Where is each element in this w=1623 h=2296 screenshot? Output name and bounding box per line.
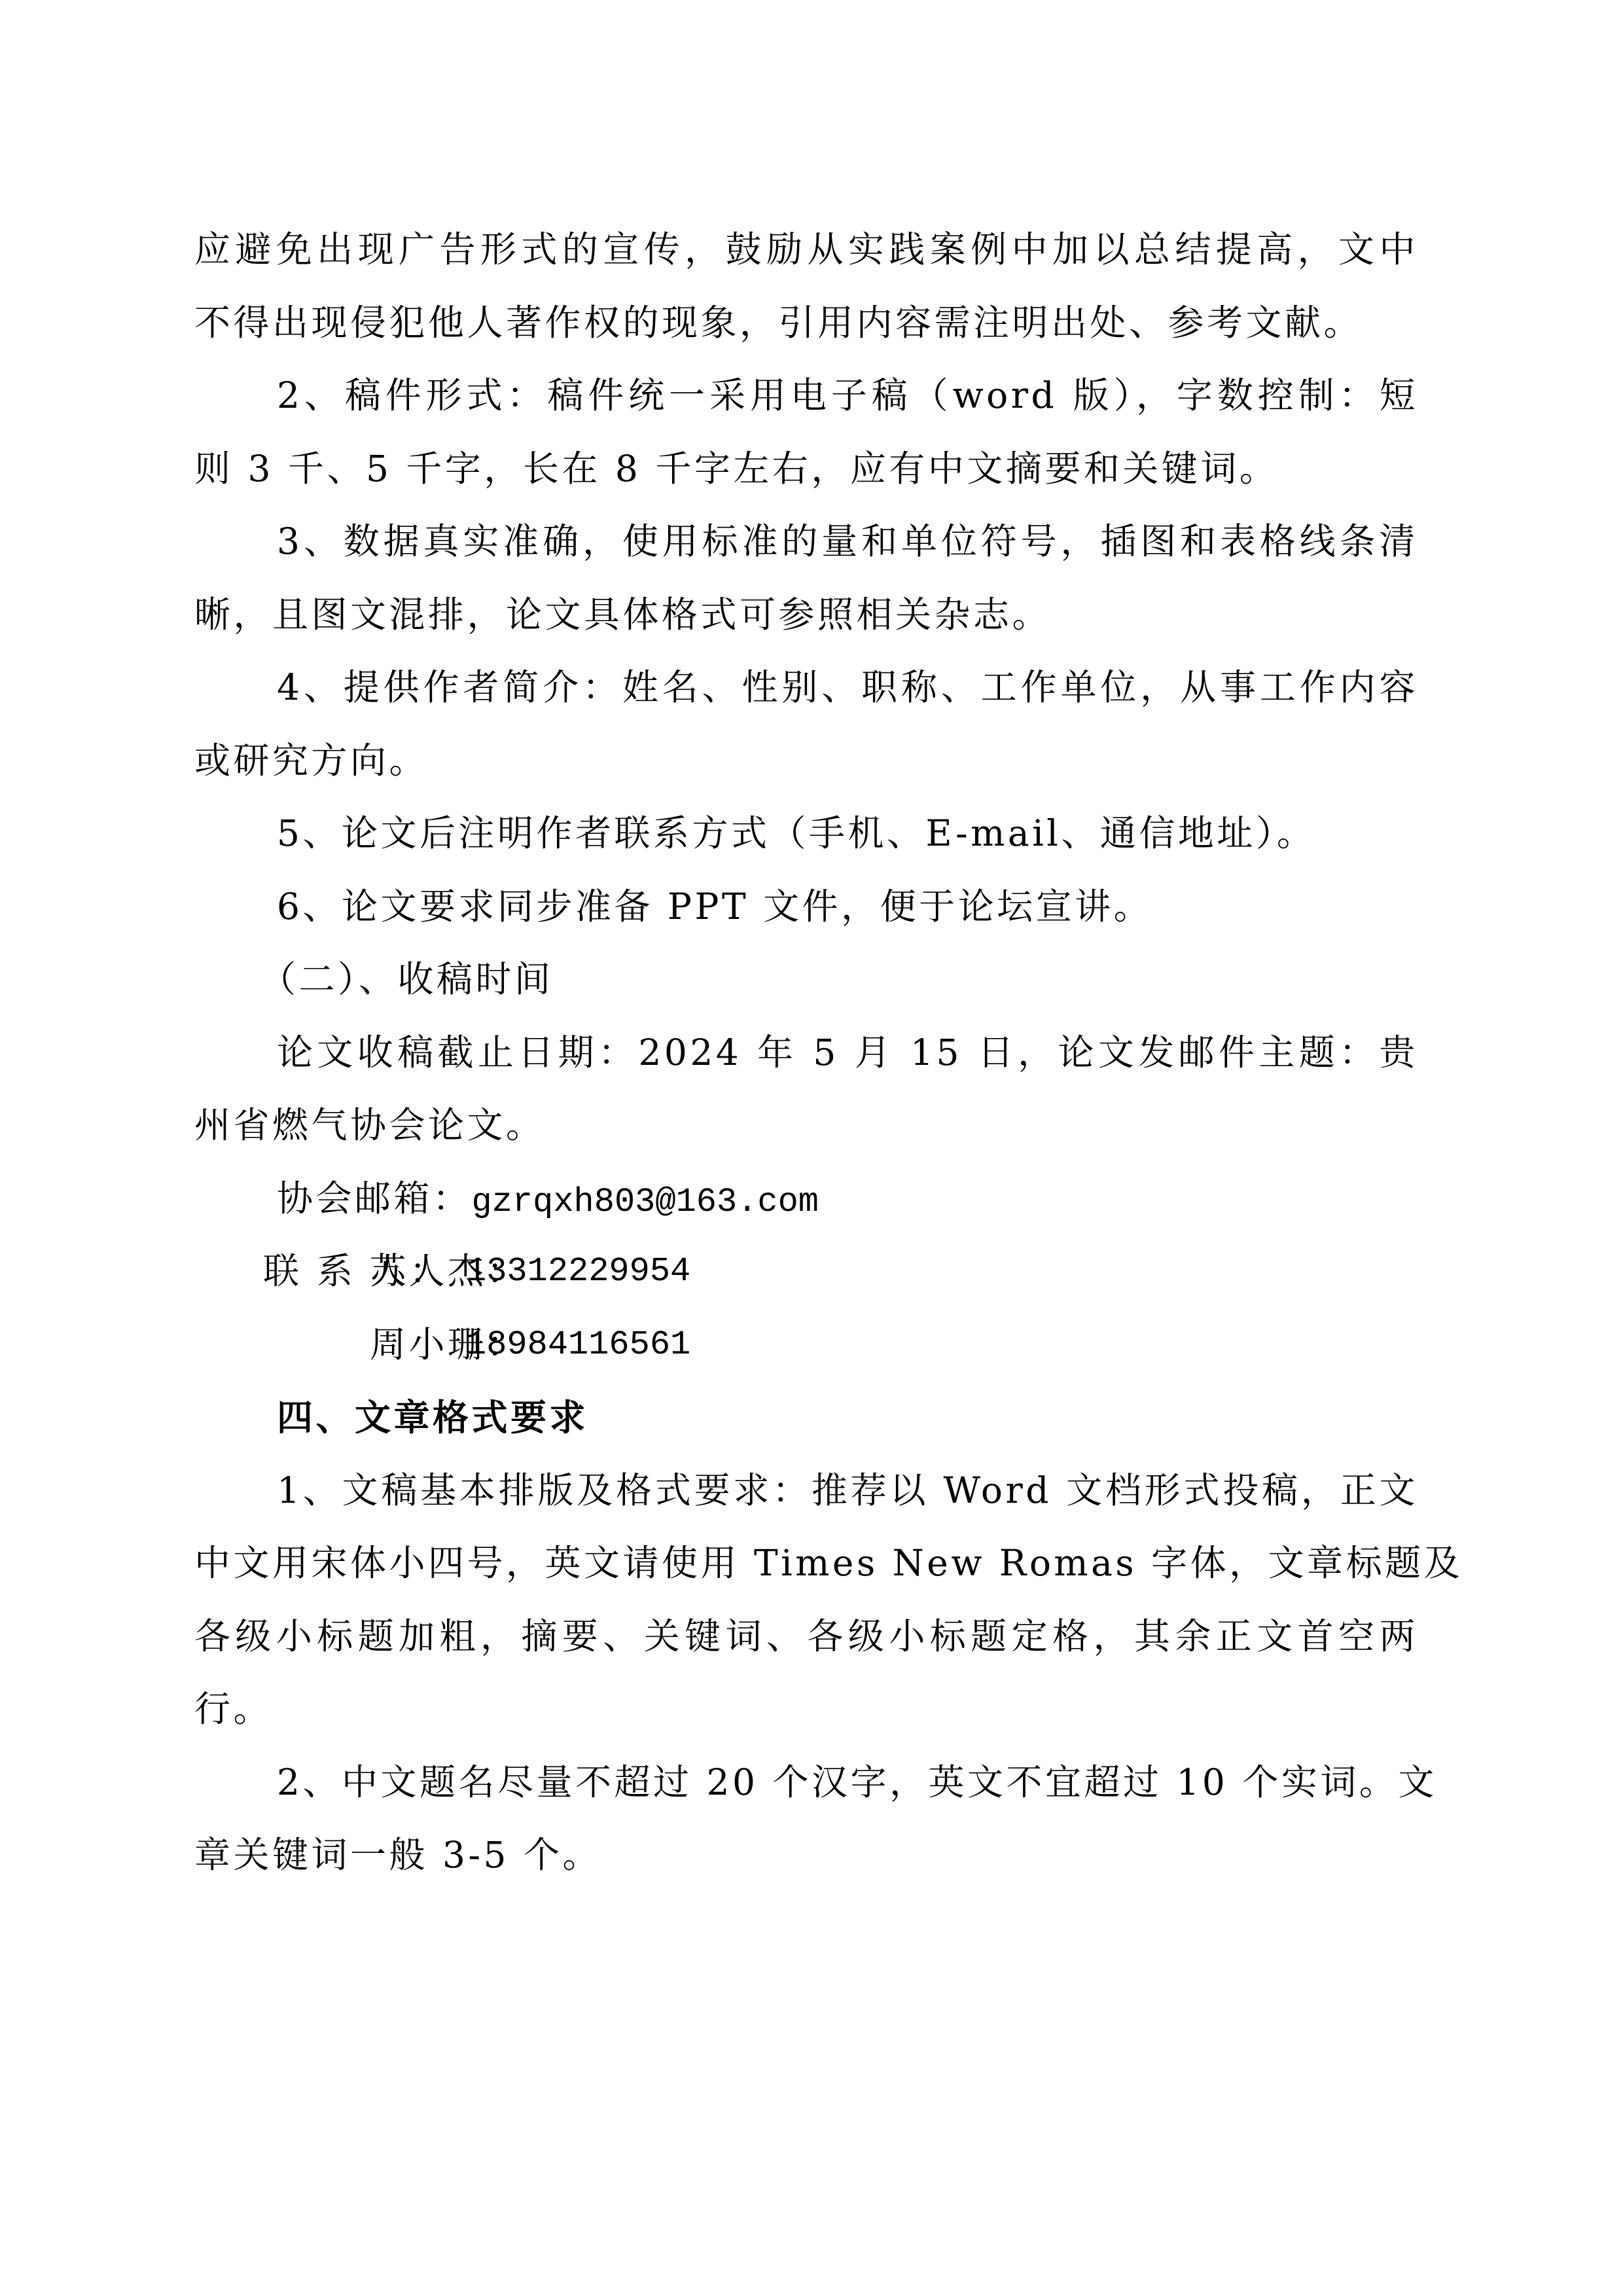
requirement-2-line1: 2、稿件形式：稿件统一采用电子稿（word 版），字数控制：短 [194,359,1418,433]
requirement-4-line2: 或研究方向。 [194,725,1418,798]
format-item1-line2: 中文用宋体小四号，英文请使用 Times New Romas 字体，文章标题及 [194,1527,1418,1600]
format-item1-line4: 行。 [194,1673,1418,1746]
format-item1-line1: 1、文稿基本排版及格式要求：推荐以 Word 文档形式投稿，正文 [194,1454,1418,1528]
email-label: 协会邮箱： [277,1177,472,1219]
requirement-5-line1: 5、论文后注明作者联系方式（手机、E-mail、通信地址）。 [194,797,1418,870]
document-page: 应避免出现广告形式的宣传，鼓励从实践案例中加以总结提高，文中 不得出现侵犯他人著… [194,213,1418,1892]
paragraph-line: 不得出现侵犯他人著作权的现象，引用内容需注明出处、参考文献。 [194,287,1418,360]
requirement-3-line2: 晰，且图文混排，论文具体格式可参照相关杂志。 [194,579,1418,652]
contact-row-2: 周小珊： 18984116561 [194,1308,1418,1382]
deadline-line2: 州省燃气协会论文。 [194,1089,1418,1162]
contact-phone: 13312229954 [466,1235,690,1308]
contact-phone: 18984116561 [466,1308,690,1382]
format-item1-line3: 各级小标题加粗，摘要、关键词、各级小标题定格，其余正文首空两 [194,1600,1418,1674]
email-address[interactable]: gzrqxh803@163.com [472,1183,819,1221]
deadline-heading: （二）、收稿时间 [194,943,1418,1016]
format-item2-line2: 章关键词一般 3-5 个。 [194,1819,1418,1892]
requirement-2-line2: 则 3 千、5 千字，长在 8 千字左右，应有中文摘要和关键词。 [194,433,1418,506]
contact-row-1: 联系人： 苏人杰： 13312229954 [194,1235,1418,1308]
requirement-4-line1: 4、提供作者简介：姓名、性别、职称、工作单位，从事工作内容 [194,651,1418,725]
requirement-6-line1: 6、论文要求同步准备 PPT 文件，便于论坛宣讲。 [194,870,1418,944]
email-row: 协会邮箱：gzrqxh803@163.com [194,1162,1418,1236]
format-item2-line1: 2、中文题名尽量不超过 20 个汉字，英文不宜超过 10 个实词。文 [194,1746,1418,1820]
deadline-line1: 论文收稿截止日期：2024 年 5 月 15 日，论文发邮件主题：贵 [194,1016,1418,1090]
requirement-3-line1: 3、数据真实准确，使用标准的量和单位符号，插图和表格线条清 [194,505,1418,579]
format-section-heading: 四、文章格式要求 [194,1381,1418,1454]
paragraph-line: 应避免出现广告形式的宣传，鼓励从实践案例中加以总结提高，文中 [194,213,1418,287]
